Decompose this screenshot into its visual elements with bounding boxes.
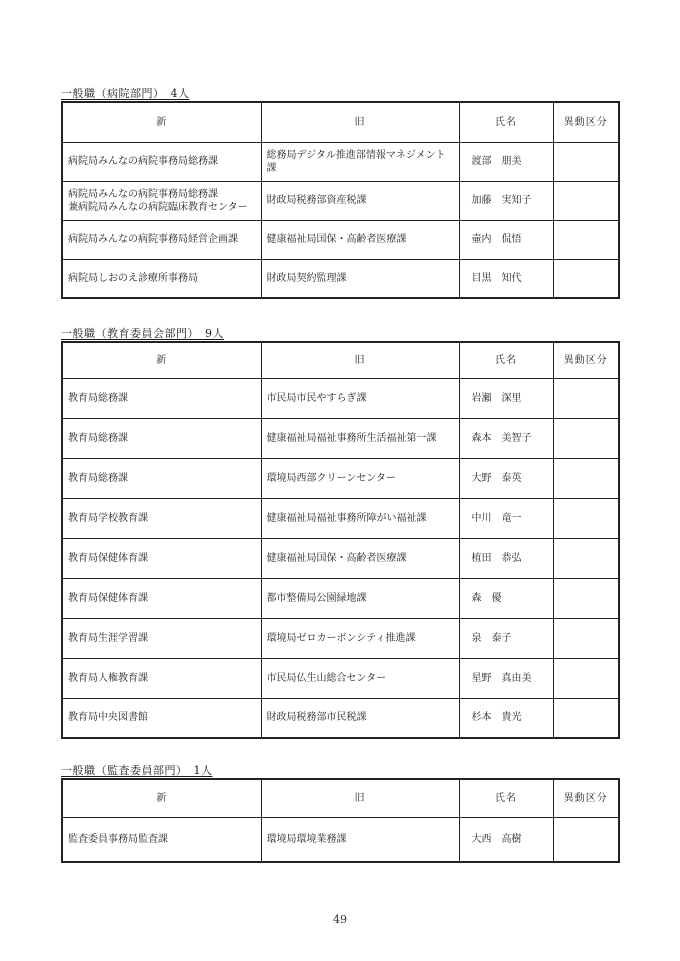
page-number: 49 (0, 913, 680, 926)
column-header-new: 新 (62, 342, 261, 378)
cell-name: 岩瀬 深里 (459, 378, 553, 418)
cell-transfer-category (553, 658, 619, 698)
cell-name: 加藤 実知子 (459, 181, 553, 220)
cell-transfer-category (553, 538, 619, 578)
cell-new: 教育局保健体育課 (62, 578, 261, 618)
document-page: 一般職（病院部門） 4人 新 旧 氏名 異動区分 病院局みんなの病院事務局総務課… (0, 0, 680, 961)
cell-transfer-category (553, 378, 619, 418)
section-title-hospital: 一般職（病院部門） 4人 (61, 87, 618, 101)
table-row: 教育局人権教育課 市民局仏生山総合センター 星野 真由美 (62, 658, 619, 698)
cell-name: 森 優 (459, 578, 553, 618)
cell-old: 健康福祉局福祉事務所生活福祉第一課 (261, 418, 459, 458)
cell-transfer-category (553, 578, 619, 618)
column-header-new: 新 (62, 102, 261, 142)
column-header-name: 氏名 (459, 342, 553, 378)
cell-old: 市民局仏生山総合センター (261, 658, 459, 698)
table-education: 新 旧 氏名 異動区分 教育局総務課 市民局市民やすらぎ課 岩瀬 深里 教育局総… (61, 341, 620, 739)
column-header-transfer-category: 異動区分 (553, 342, 619, 378)
column-header-old: 旧 (261, 102, 459, 142)
cell-old: 財政局契約監理課 (261, 259, 459, 298)
cell-name: 杉本 貴光 (459, 698, 553, 738)
cell-name: 中川 竜一 (459, 498, 553, 538)
cell-name: 星野 真由美 (459, 658, 553, 698)
table-row: 教育局学校教育課 健康福祉局福祉事務所障がい福祉課 中川 竜一 (62, 498, 619, 538)
cell-name: 泉 泰子 (459, 618, 553, 658)
table-row: 教育局保健体育課 都市整備局公園緑地課 森 優 (62, 578, 619, 618)
table-row: 教育局生涯学習課 環境局ゼロカーボンシティ推進課 泉 泰子 (62, 618, 619, 658)
cell-name: 目黒 知代 (459, 259, 553, 298)
cell-old: 健康福祉局福祉事務所障がい福祉課 (261, 498, 459, 538)
table-row: 病院局みんなの病院事務局総務課 兼病院局みんなの病院臨床教育センター 財政局税務… (62, 181, 619, 220)
cell-transfer-category (553, 498, 619, 538)
cell-new: 監査委員事務局監査課 (62, 817, 261, 862)
cell-name: 植田 恭弘 (459, 538, 553, 578)
cell-transfer-category (553, 220, 619, 259)
cell-transfer-category (553, 618, 619, 658)
cell-new: 病院局みんなの病院事務局経営企画課 (62, 220, 261, 259)
section-education: 一般職（教育委員会部門） 9人 新 旧 氏名 異動区分 教育局総務課 市民局市民… (61, 327, 618, 739)
table-row: 病院局みんなの病院事務局経営企画課 健康福祉局国保・高齢者医療課 壷内 侃悟 (62, 220, 619, 259)
cell-transfer-category (553, 698, 619, 738)
cell-old: 市民局市民やすらぎ課 (261, 378, 459, 418)
cell-transfer-category (553, 817, 619, 862)
table-header-row: 新 旧 氏名 異動区分 (62, 779, 619, 817)
cell-old: 財政局税務部市民税課 (261, 698, 459, 738)
section-hospital: 一般職（病院部門） 4人 新 旧 氏名 異動区分 病院局みんなの病院事務局総務課… (61, 87, 618, 299)
cell-transfer-category (553, 458, 619, 498)
cell-old: 健康福祉局国保・高齢者医療課 (261, 220, 459, 259)
cell-transfer-category (553, 142, 619, 181)
table-row: 教育局中央図書館 財政局税務部市民税課 杉本 貴光 (62, 698, 619, 738)
cell-new: 教育局総務課 (62, 418, 261, 458)
column-header-transfer-category: 異動区分 (553, 102, 619, 142)
table-row: 教育局総務課 市民局市民やすらぎ課 岩瀬 深里 (62, 378, 619, 418)
column-header-old: 旧 (261, 342, 459, 378)
cell-old: 財政局税務部資産税課 (261, 181, 459, 220)
cell-old: 総務局デジタル推進部情報マネジメント課 (261, 142, 459, 181)
table-row: 教育局総務課 健康福祉局福祉事務所生活福祉第一課 森本 美智子 (62, 418, 619, 458)
table-audit: 新 旧 氏名 異動区分 監査委員事務局監査課 環境局環境業務課 大西 高樹 (61, 778, 620, 863)
column-header-name: 氏名 (459, 779, 553, 817)
cell-name: 大西 高樹 (459, 817, 553, 862)
table-row: 監査委員事務局監査課 環境局環境業務課 大西 高樹 (62, 817, 619, 862)
cell-transfer-category (553, 259, 619, 298)
column-header-old: 旧 (261, 779, 459, 817)
cell-new: 病院局みんなの病院事務局総務課 兼病院局みんなの病院臨床教育センター (62, 181, 261, 220)
cell-new: 教育局保健体育課 (62, 538, 261, 578)
cell-new: 教育局総務課 (62, 378, 261, 418)
cell-old: 都市整備局公園緑地課 (261, 578, 459, 618)
cell-name: 壷内 侃悟 (459, 220, 553, 259)
table-hospital: 新 旧 氏名 異動区分 病院局みんなの病院事務局総務課 総務局デジタル推進部情報… (61, 101, 620, 299)
column-header-new: 新 (62, 779, 261, 817)
table-row: 病院局みんなの病院事務局総務課 総務局デジタル推進部情報マネジメント課 渡部 朋… (62, 142, 619, 181)
cell-old: 環境局西部クリーンセンター (261, 458, 459, 498)
cell-transfer-category (553, 418, 619, 458)
cell-old: 健康福祉局国保・高齢者医療課 (261, 538, 459, 578)
table-row: 教育局保健体育課 健康福祉局国保・高齢者医療課 植田 恭弘 (62, 538, 619, 578)
cell-new: 教育局中央図書館 (62, 698, 261, 738)
cell-new: 教育局学校教育課 (62, 498, 261, 538)
table-header-row: 新 旧 氏名 異動区分 (62, 102, 619, 142)
cell-new: 病院局しおのえ診療所事務局 (62, 259, 261, 298)
cell-old: 環境局ゼロカーボンシティ推進課 (261, 618, 459, 658)
column-header-name: 氏名 (459, 102, 553, 142)
column-header-transfer-category: 異動区分 (553, 779, 619, 817)
table-row: 病院局しおのえ診療所事務局 財政局契約監理課 目黒 知代 (62, 259, 619, 298)
section-audit: 一般職（監査委員部門） 1人 新 旧 氏名 異動区分 監査委員事務局監査課 環境… (61, 764, 618, 863)
cell-name: 森本 美智子 (459, 418, 553, 458)
cell-name: 大野 泰英 (459, 458, 553, 498)
cell-transfer-category (553, 181, 619, 220)
cell-new: 教育局人権教育課 (62, 658, 261, 698)
table-header-row: 新 旧 氏名 異動区分 (62, 342, 619, 378)
cell-old: 環境局環境業務課 (261, 817, 459, 862)
section-title-audit: 一般職（監査委員部門） 1人 (61, 764, 618, 778)
section-title-education: 一般職（教育委員会部門） 9人 (61, 327, 618, 341)
cell-name: 渡部 朋美 (459, 142, 553, 181)
cell-new: 教育局生涯学習課 (62, 618, 261, 658)
cell-new: 教育局総務課 (62, 458, 261, 498)
table-row: 教育局総務課 環境局西部クリーンセンター 大野 泰英 (62, 458, 619, 498)
cell-new: 病院局みんなの病院事務局総務課 (62, 142, 261, 181)
